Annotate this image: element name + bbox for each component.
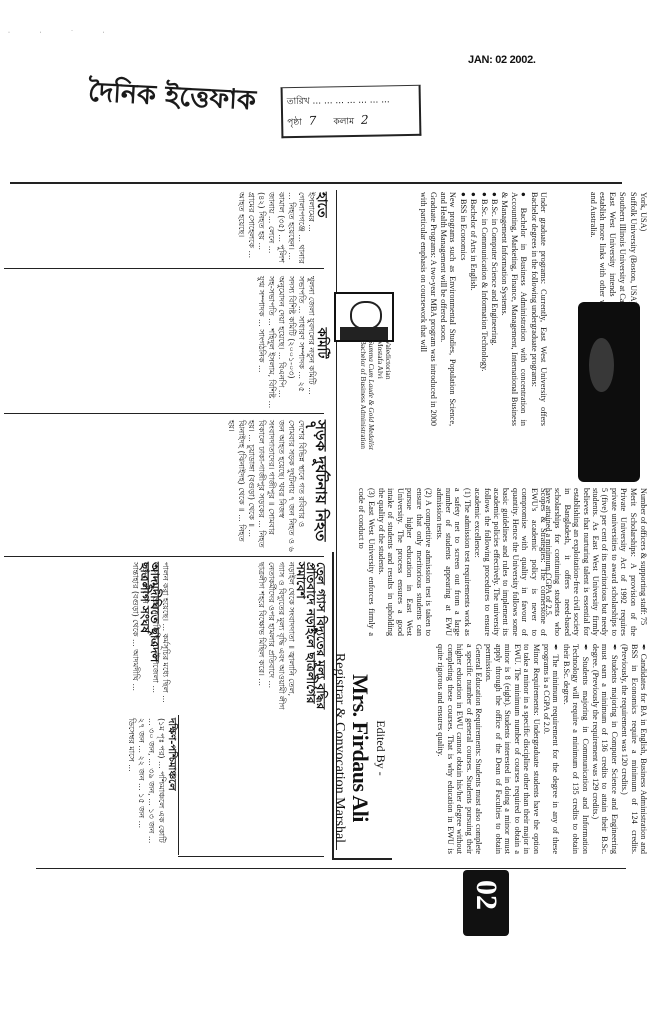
bn-article-4: তেল গ্যাস বিদ্যুতের মূল্য বৃদ্ধির প্রতিব…: [256, 562, 326, 712]
bn-article-6: দক্ষিণ-পশ্চিমাঞ্চলে (১ম পৃঃ পর) ... পশ্চ…: [126, 718, 176, 848]
ref-date-value: ... ... ... ... ... ... ...: [312, 95, 389, 106]
en-col3-para: Students majoring in Communication and I…: [561, 644, 589, 854]
en-col3-para: The minimum requirement for the degree i…: [542, 644, 561, 854]
bn-article-3: সড়ক দুর্ঘটনায় নিহত ৭ দেশের বিভিন্ন স্থ…: [226, 420, 326, 552]
bn-article-7: পালন করা হয়েছে। ... কর্মসূচির মধ্যে ছিল…: [140, 562, 170, 712]
newspaper-masthead: দৈনিক ইত্তেফাক: [87, 72, 257, 126]
bn-article-2: কমিটি খুলনা জেলা যুবদলের নতুন কমিটি ... …: [256, 276, 326, 410]
portrait-head: [350, 301, 382, 330]
en-program-item: Bachelor in Business Administration with…: [500, 192, 528, 426]
bn-body: (১ম পৃঃ পর) ... পশ্চিমাঞ্চলে এক কোটি ...…: [126, 718, 166, 848]
en-col2-para: Scopes & Strategies: The cornerstone of …: [473, 488, 548, 636]
bn-headline: তেল গ্যাস বিদ্যুতের মূল্য বৃদ্ধির প্রতিব…: [296, 562, 326, 712]
caption-line: Mostafa Alvi: [375, 340, 383, 450]
bn-body: সান্তাহার (বগুড়া) থেকে ... আদমদীঘি ...: [130, 562, 140, 702]
bn-divider-1: [4, 268, 324, 269]
en-col2-para: Number of officers & supporting staff: 7…: [639, 488, 648, 636]
en-col1-para: York, USA): [639, 192, 648, 426]
ref-page-value: 7: [309, 114, 317, 128]
bn-divider-2: [4, 413, 324, 414]
bn-article-1: হাতে ইসলামের ... গোলাপগঞ্জে ... থানার ..…: [236, 192, 326, 264]
scan-specks: · · ˙ ·: [8, 30, 119, 36]
bn-body: ইসলামের ... গোলাপগঞ্জে ... থানার ... নিহ…: [236, 192, 316, 264]
en-col3-para: General Education Requirements: Students…: [436, 644, 483, 854]
portrait-suit: [340, 327, 387, 340]
valedictorian-portrait: [334, 292, 394, 342]
bn-body: খুলনা জেলা যুবদলের নতুন কমিটি ... সভাপতি…: [256, 276, 316, 410]
en-program-item: B.Sc. in Computer Science and Engineerin…: [490, 192, 499, 426]
ref-column-label: কলাম: [333, 117, 354, 127]
bn-headline: দক্ষিণ-পশ্চিমাঞ্চলে: [166, 718, 176, 848]
page-number-badge: 02: [463, 870, 509, 936]
top-rule: [10, 182, 622, 184]
caption-line: Bachelor of Business Administration: [358, 340, 366, 450]
bn-vertical-rule: [178, 715, 179, 855]
en-col3-para: Candidates for BA in English, Business A…: [620, 644, 648, 854]
en-col1-para: New programs such as Environmental Studi…: [439, 192, 458, 426]
caption-line: Summa Cum Laude & Gold Medalist: [367, 340, 375, 450]
date-stamp: JAN: 02 2002.: [468, 54, 536, 66]
en-program-item: B.Sc. in Communication & Information Tec…: [479, 192, 488, 426]
bn-body: পালন করা হয়েছে। ... কর্মসূচির মধ্যে ছিল…: [140, 562, 170, 712]
en-column-1b: Under graduate programs: Currently, East…: [418, 192, 548, 426]
ref-page-row: পৃষ্ঠা 7 কলাম 2: [287, 113, 369, 130]
ref-date-label: তারিখ: [287, 97, 310, 107]
en-column-2a: Number of officers & supporting staff: 7…: [543, 488, 648, 636]
en-col1-para: Under graduate programs: Currently, East…: [529, 192, 548, 426]
editor-role: Registrar & Convocation Marshal: [331, 628, 347, 868]
en-col2-para: (1) The admission test requirements work…: [434, 488, 472, 636]
bottom-rule: [36, 868, 626, 869]
en-program-item: BSS in Economics: [458, 192, 467, 426]
en-col3-para: Minor Requirements: Undergraduate studen…: [484, 644, 540, 854]
bn-headline: হাতে: [316, 192, 326, 264]
caption-line: Valedictorian: [384, 340, 392, 450]
graduation-photo: [578, 302, 640, 482]
ref-column-value: 2: [361, 113, 369, 127]
edited-by-label: Edited By -: [373, 628, 388, 868]
editor-name: Mrs. Firdaus Ali: [347, 628, 373, 868]
ref-page-label: পৃষ্ঠা: [287, 118, 302, 128]
edited-by-block: Edited By - Mrs. Firdaus Ali Registrar &…: [331, 628, 388, 868]
en-col1-para: Graduate Programs: A two-year MBA progra…: [419, 192, 438, 426]
page-number: 02: [469, 874, 503, 916]
en-column-3: Candidates for BA in English, Business A…: [435, 644, 648, 854]
bn-bottom-box-rule: [178, 856, 324, 857]
bn-headline: সড়ক দুর্ঘটনায় নিহত ৭: [306, 420, 326, 552]
clipping-reference-box: তারিখ ... ... ... ... ... ... ... পৃষ্ঠা…: [281, 85, 422, 138]
en-col2-para: Merit Scholarships: A provision of the P…: [544, 488, 638, 636]
bn-body: নড়াইল থেকে সংবাদদাতা ॥ জ্বালানি তেল, গ্…: [256, 562, 296, 712]
en-col3-para: Students majoring in Computer Science an…: [591, 644, 619, 854]
en-program-item: Bachelor of Arts in English.: [469, 192, 478, 426]
ref-date-row: তারিখ ... ... ... ... ... ... ...: [287, 92, 390, 109]
portrait-caption: Valedictorian Mostafa Alvi Summa Cum Lau…: [358, 340, 392, 450]
bn-body: দেশের বিভিন্ন স্থানে গত রবিবার ও সোমবার …: [226, 420, 306, 552]
bn-headline: কমিটি: [316, 276, 326, 410]
bn-divider-3: [4, 556, 324, 557]
